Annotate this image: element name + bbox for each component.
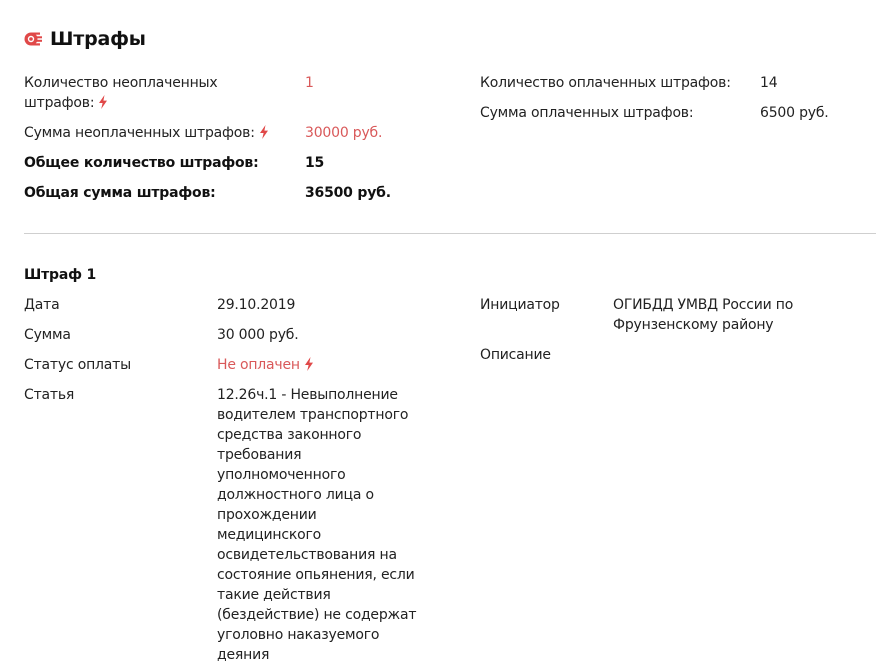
unpaid-count-label: Количество неоплаченных штрафов: <box>24 73 244 113</box>
total-count-label: Общее количество штрафов: <box>24 153 259 173</box>
lightning-icon <box>304 357 314 371</box>
unpaid-count-value: 1 <box>305 73 314 93</box>
fine-date-label: Дата <box>24 295 59 315</box>
initiator-value: ОГИБДД УМВД России по Фрунзенскому район… <box>613 295 813 335</box>
total-sum-value: 36500 руб. <box>305 183 391 203</box>
paid-sum-label: Сумма оплаченных штрафов: <box>480 103 693 123</box>
payment-status-value: Не оплачен <box>217 355 314 375</box>
fine-title: Штраф 1 <box>24 265 96 285</box>
fine-amount-label: Сумма <box>24 325 71 345</box>
fines-icon <box>24 30 44 48</box>
description-label: Описание <box>480 345 551 365</box>
payment-status-label: Статус оплаты <box>24 355 131 375</box>
paid-count-value: 14 <box>760 73 777 93</box>
paid-count-label: Количество оплаченных штрафов: <box>480 73 731 93</box>
fine-amount-value: 30 000 руб. <box>217 325 299 345</box>
unpaid-sum-label: Сумма неоплаченных штрафов: <box>24 123 269 143</box>
total-sum-label: Общая сумма штрафов: <box>24 183 216 203</box>
section-header: Штрафы <box>24 28 146 50</box>
fine-date-value: 29.10.2019 <box>217 295 295 315</box>
unpaid-sum-label-text: Сумма неоплаченных штрафов: <box>24 125 255 141</box>
payment-status-text: Не оплачен <box>217 357 300 373</box>
article-value: 12.26ч.1 - Невыполнение водителем трансп… <box>217 385 422 662</box>
unpaid-count-label-line1: Количество неоплаченных <box>24 75 218 91</box>
lightning-icon <box>98 95 108 109</box>
initiator-label: Инициатор <box>480 295 560 315</box>
unpaid-sum-value: 30000 руб. <box>305 123 382 143</box>
article-label: Статья <box>24 385 74 405</box>
page-title: Штрафы <box>50 28 146 50</box>
divider <box>24 233 876 234</box>
paid-sum-value: 6500 руб. <box>760 103 829 123</box>
lightning-icon <box>259 125 269 139</box>
total-count-value: 15 <box>305 153 324 173</box>
unpaid-count-label-line2: штрафов: <box>24 95 94 111</box>
